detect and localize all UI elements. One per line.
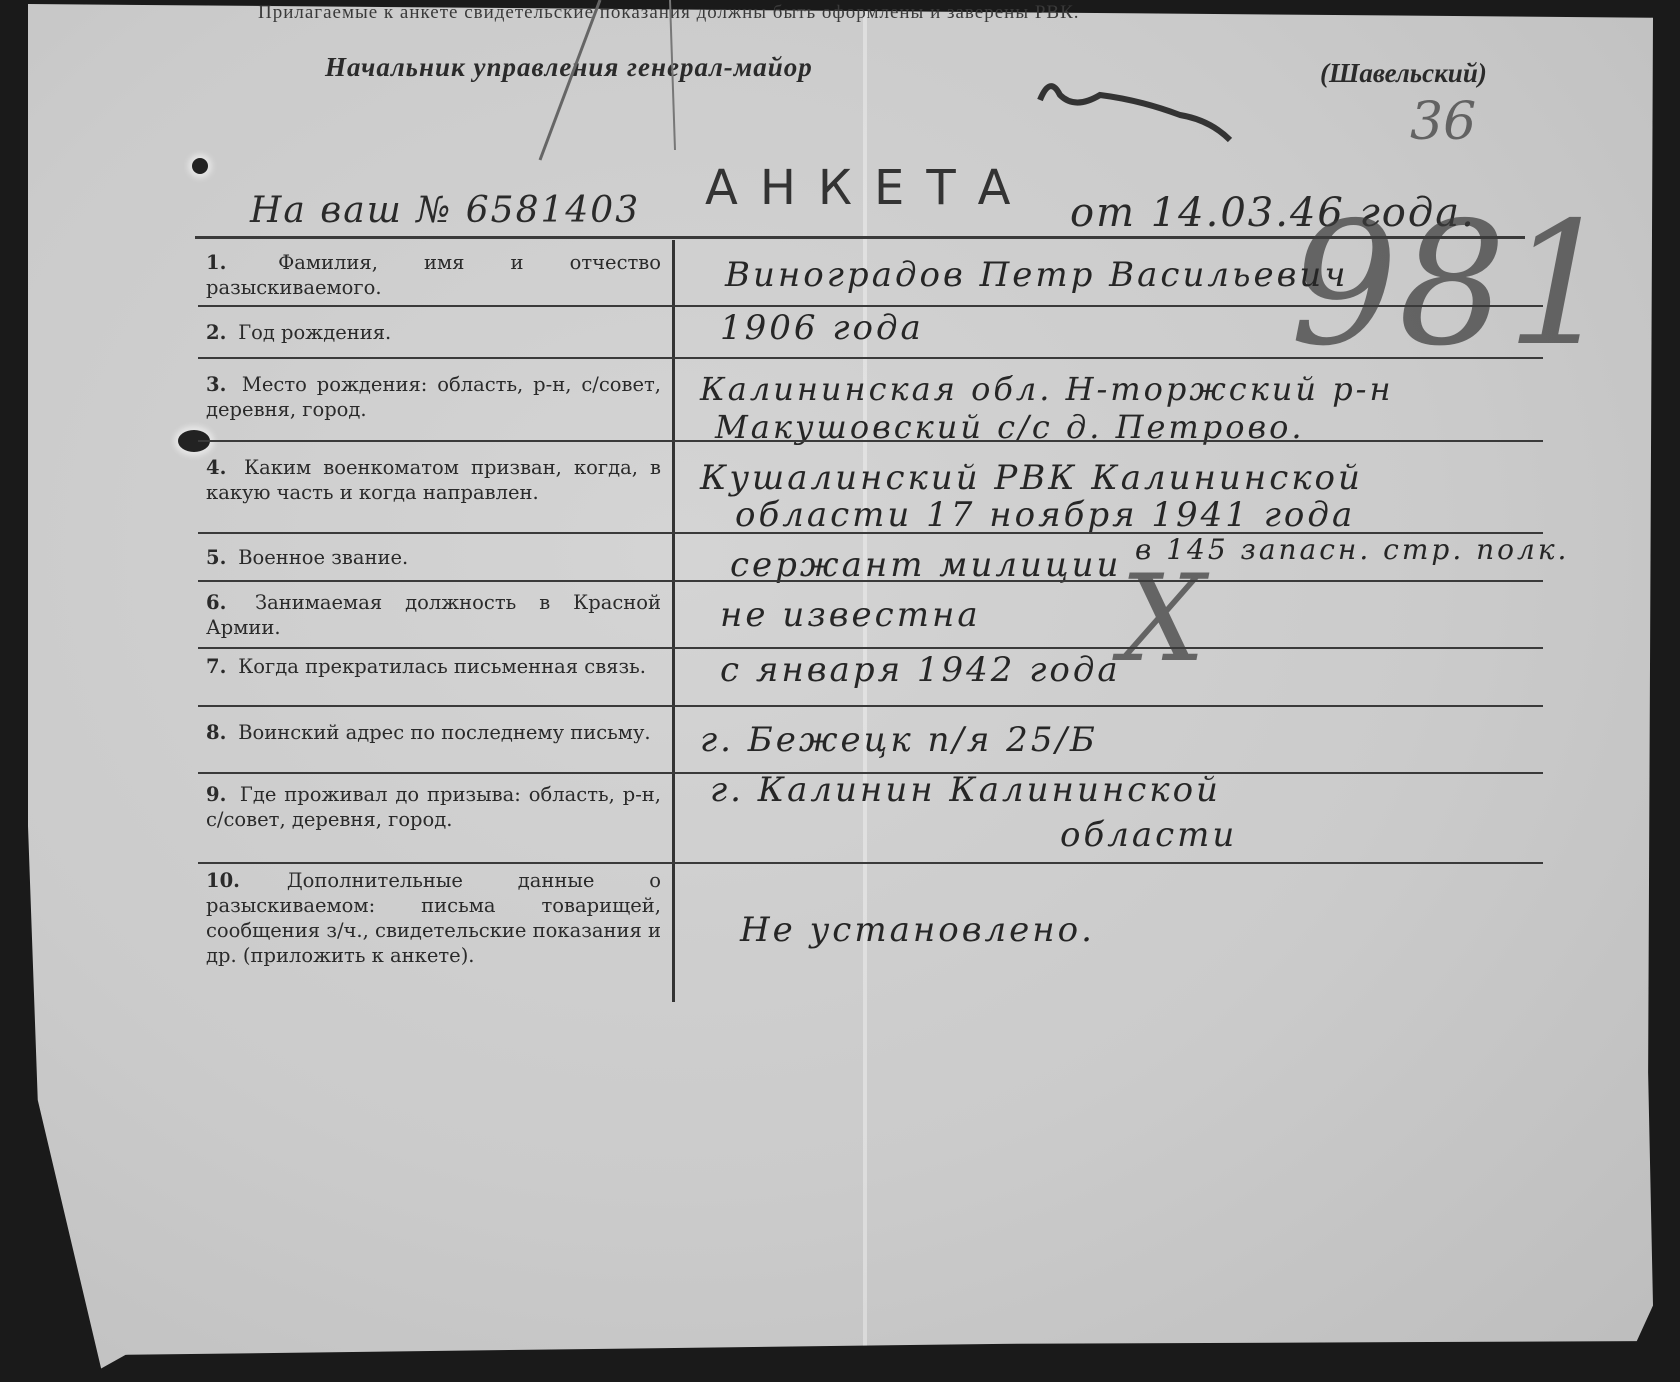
question-row: 8. Воинский адрес по последнему письму.	[206, 720, 661, 745]
question-number: 4.	[206, 455, 232, 480]
column-divider	[672, 240, 675, 1002]
question-label: Когда прекратилась письменная связь.	[232, 655, 646, 678]
row-divider	[198, 705, 1543, 707]
row-divider	[198, 305, 1543, 307]
cross-mark: X	[1120, 560, 1205, 680]
question-row: 4. Каким военкоматом призван, когда, в к…	[206, 455, 661, 505]
signatory-name: (Шавельский)	[1320, 58, 1487, 89]
question-row: 10. Дополнительные данные о разыскиваемо…	[206, 868, 661, 968]
question-number: 10.	[206, 868, 232, 893]
question-row: 6. Занимаемая должность в Красной Армии.	[206, 590, 661, 640]
question-number: 7.	[206, 654, 232, 679]
answer-line: Виноградов Петр Васильевич	[725, 255, 1348, 295]
answer-line: г. Бежецк п/я 25/Б	[700, 720, 1098, 760]
row-divider	[198, 357, 1543, 359]
answer-line: г. Калинин Калининской	[710, 770, 1221, 810]
question-label: Год рождения.	[232, 321, 391, 344]
answer-line: области 17 ноября 1941 года	[735, 495, 1355, 535]
signature-icon	[1030, 60, 1270, 160]
question-label: Дополнительные данные о разыскиваемом: п…	[206, 869, 661, 967]
question-label: Место рождения: область, р-н, с/совет, д…	[206, 373, 661, 421]
question-label: Воинский адрес по последнему письму.	[232, 721, 651, 744]
question-number: 6.	[206, 590, 232, 615]
form-title: АНКЕТА	[705, 160, 1033, 216]
paper-crease	[47, 1166, 92, 1362]
row-divider	[198, 440, 1543, 442]
answer-line: с января 1942 года	[720, 650, 1121, 690]
question-label: Где проживал до призыва: область, р-н, с…	[206, 783, 661, 831]
answer-line: Не установлено.	[740, 910, 1095, 950]
question-number: 8.	[206, 720, 232, 745]
answer-line: Кушалинский РВК Калининской	[700, 458, 1363, 498]
archive-number-small: 36	[1410, 92, 1476, 152]
reference-number: На ваш № 6581403	[250, 190, 640, 231]
question-label: Военное звание.	[232, 546, 408, 569]
question-label: Занимаемая должность в Красной Армии.	[206, 591, 661, 639]
question-row: 9. Где проживал до призыва: область, р-н…	[206, 782, 661, 832]
answer-line: области	[1060, 815, 1237, 855]
answer-line: Калининская обл. Н-торжский р-н	[700, 370, 1394, 408]
row-divider	[198, 647, 1543, 649]
question-row: 5. Военное звание.	[206, 545, 661, 570]
question-number: 2.	[206, 320, 232, 345]
question-row: 2. Год рождения.	[206, 320, 661, 345]
row-divider	[198, 532, 1543, 534]
answer-line: не известна	[720, 595, 981, 635]
answer-line: 1906 года	[720, 308, 924, 348]
row-divider	[198, 580, 1543, 582]
question-number: 5.	[206, 545, 232, 570]
question-row: 7. Когда прекратилась письменная связь.	[206, 654, 661, 679]
row-divider	[198, 862, 1543, 864]
paper-tear-hole	[192, 158, 208, 174]
question-row: 1. Фамилия, имя и отчество разыскиваемог…	[206, 250, 661, 300]
question-label: Каким военкоматом призван, когда, в каку…	[206, 456, 661, 504]
question-number: 1.	[206, 250, 232, 275]
question-label: Фамилия, имя и отчество разыскиваемого.	[206, 251, 661, 299]
row-divider	[198, 772, 1543, 774]
question-number: 9.	[206, 782, 232, 807]
question-number: 3.	[206, 372, 232, 397]
answer-line: сержант милиции	[730, 545, 1121, 585]
question-row: 3. Место рождения: область, р-н, с/совет…	[206, 372, 661, 422]
